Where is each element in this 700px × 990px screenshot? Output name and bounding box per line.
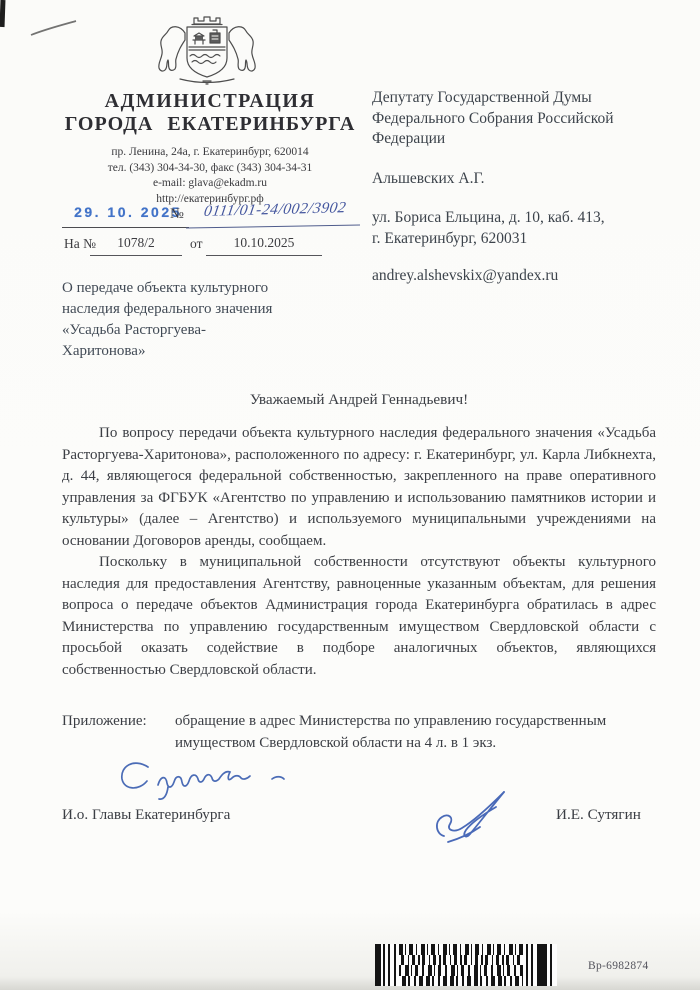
body-paragraph-2: Поскольку в муниципальной собственности … (62, 552, 656, 681)
coat-of-arms-icon (147, 11, 267, 89)
form-line (206, 255, 322, 256)
body-paragraph-1: По вопросу передачи объекта культурного … (62, 423, 656, 552)
letterhead-phone-fax: тел. (343) 304-34-30, факс (343) 304-34-… (55, 161, 365, 177)
from-label: от (190, 236, 202, 252)
pen-scratch-mark (28, 16, 80, 40)
org-title-line1: АДМИНИСТРАЦИЯ (55, 90, 365, 113)
subject-block: О передаче объекта культурного наследия … (62, 278, 324, 362)
form-line (62, 227, 189, 228)
position-title: И.о. Главы Екатеринбурга (62, 806, 230, 824)
letterhead-address: пр. Ленина, 24а, г. Екатеринбург, 620014 (55, 145, 365, 161)
form-line (90, 255, 182, 256)
letterhead-email: e-mail: glava@ekadm.ru (55, 176, 365, 192)
subject-line: наследия федерального значения (62, 299, 324, 320)
signer-name: И.Е. Сутягин (556, 806, 641, 824)
attachment-text: обращение в адрес Министерства по управл… (175, 711, 658, 754)
salutation: Уважаемый Андрей Геннадьевич! (62, 391, 656, 409)
outgoing-number-handwritten: 0111/01-24/002/3902 (187, 199, 362, 221)
attachment-block: Приложение: обращение в адрес Министерст… (62, 711, 658, 754)
subject-line: О передаче объекта культурного (62, 278, 324, 299)
org-title-line2: ГОРОДА ЕКАТЕРИНБУРГА (55, 113, 365, 136)
number-sign: № (170, 206, 184, 223)
attachment-label: Приложение: (62, 711, 175, 754)
incoming-number: 1078/2 (92, 235, 180, 251)
signature-autograph (428, 786, 536, 850)
recipient-org-line: Федерации (372, 129, 667, 150)
recipient-address-line: ул. Бориса Ельцина, д. 10, каб. 413, (372, 208, 667, 229)
letter-page: АДМИНИСТРАЦИЯ ГОРОДА ЕКАТЕРИНБУРГА пр. Л… (0, 0, 700, 990)
recipient-name: Альшевских А.Г. (372, 169, 667, 190)
letter-body: По вопросу передачи объекта культурного … (62, 423, 656, 681)
recipient-org-line: Депутату Государственной Думы (372, 88, 667, 109)
subject-line: Харитонова» (62, 341, 324, 362)
subject-line: «Усадьба Расторгуева- (62, 320, 324, 341)
form-line (186, 224, 360, 228)
doc-code: Вр-6982874 (588, 960, 649, 972)
incoming-date: 10.10.2025 (208, 235, 320, 251)
recipient-address-line: г. Екатеринбург, 620031 (372, 229, 667, 250)
recipient-block: Депутату Государственной Думы Федерально… (372, 88, 667, 287)
recipient-email: andrey.alshevskix@yandex.ru (372, 266, 667, 287)
scan-edge-artifact (0, 0, 5, 27)
barcode (375, 944, 557, 986)
recipient-org-line: Федерального Собрания Российской (372, 109, 667, 130)
handwritten-closing (112, 757, 307, 807)
